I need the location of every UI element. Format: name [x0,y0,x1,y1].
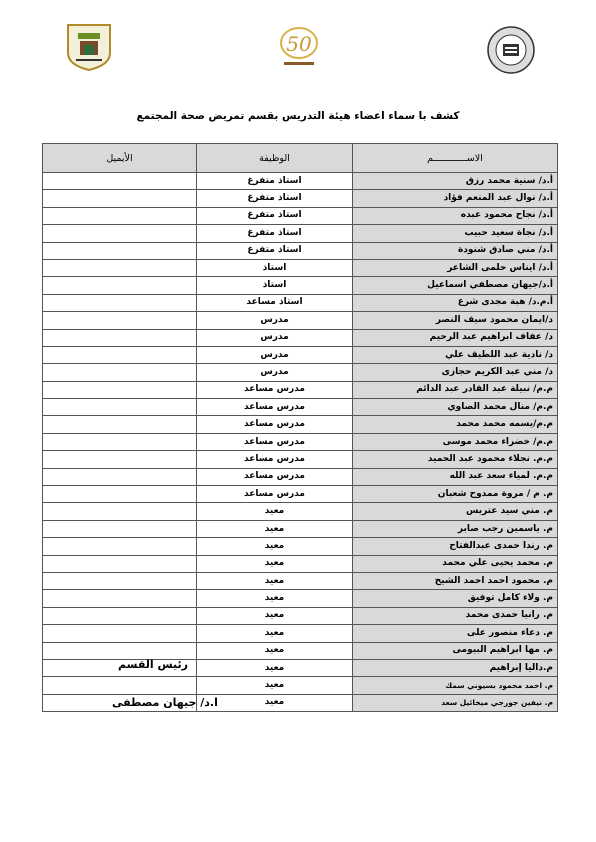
table-row: د/ مني عبد الكريم حجازىمدرس [43,364,558,381]
member-name-cell: م. ولاء كامل توفيق [353,590,558,607]
member-role-cell: مدرس [197,364,353,381]
faculty-anniversary-logo: 50 [272,25,326,71]
member-email-cell [43,433,197,450]
table-row: م. م / مروة ممدوح شعبانمدرس مساعد [43,486,558,503]
member-email-cell [43,259,197,276]
member-name-cell: م. رندا حمدى عبدالفتاح [353,538,558,555]
member-role-cell: معيد [197,694,353,711]
member-role-cell: معيد [197,520,353,537]
member-email-cell [43,329,197,346]
member-email-cell [43,225,197,242]
member-role-cell: مدرس [197,312,353,329]
member-role-cell: معيد [197,625,353,642]
member-role-cell: استاذ متفرغ [197,207,353,224]
member-role-cell: مدرس مساعد [197,486,353,503]
member-email-cell [43,572,197,589]
member-name-cell: م. ياسمين رجب صابر [353,520,558,537]
university-crest-logo [66,23,112,71]
member-name-cell: أ.د/ نجاح محمود عبده [353,207,558,224]
table-row: م.م/ نبيلة عبد القادر عبد الدائممدرس مسا… [43,381,558,398]
member-name-cell: م.م/ منال محمد الصاوي [353,399,558,416]
svg-text:50: 50 [286,32,312,56]
table-row: م. دعاء منصور علىمعيد [43,625,558,642]
member-role-cell: معيد [197,677,353,694]
member-role-cell: مدرس [197,346,353,363]
member-name-cell: م. محمد يحيى علي محمد [353,555,558,572]
member-role-cell: معيد [197,555,353,572]
member-email-cell [43,364,197,381]
table-row: أ.د/جيهان مصطفي اسماعيلاستاذ [43,277,558,294]
member-email-cell [43,451,197,468]
member-name-cell: د/ نادية عبد اللطيف علي [353,346,558,363]
member-name-cell: أ.د/ مني صادق شنودة [353,242,558,259]
member-name-cell: أ.د/ نجاة سعيد حبيب [353,225,558,242]
member-role-cell: مدرس مساعد [197,468,353,485]
member-name-cell: م. مها ابراهيم البيومى [353,642,558,659]
table-row: م. رانيا حمدى محمدمعيد [43,607,558,624]
table-row: م. مها ابراهيم البيومىمعيد [43,642,558,659]
member-role-cell: استاذ متفرغ [197,225,353,242]
member-name-cell: د/ عفاف ابراهيم عبد الرحيم [353,329,558,346]
member-role-cell: مدرس مساعد [197,451,353,468]
member-name-cell: م.م. لمياء سعد عبد الله [353,468,558,485]
member-role-cell: مدرس مساعد [197,416,353,433]
member-email-cell [43,242,197,259]
member-role-cell: مدرس [197,329,353,346]
member-email-cell [43,207,197,224]
member-role-cell: معيد [197,572,353,589]
member-email-cell [43,190,197,207]
member-email-cell [43,520,197,537]
member-name-cell: أ.د/جيهان مصطفي اسماعيل [353,277,558,294]
table-row: م. محمد يحيى علي محمدمعيد [43,555,558,572]
table-row: م. ولاء كامل توفيقمعيد [43,590,558,607]
table-row: د/ عفاف ابراهيم عبد الرحيممدرس [43,329,558,346]
member-email-cell [43,538,197,555]
column-header-role: الوظيفة [197,144,353,173]
member-name-cell: م. نيفين جورجي ميخائيل سعد [353,694,558,711]
table-row: أ.م.د/ هبة مجدى شرعاستاذ مساعد [43,294,558,311]
table-body: أ.د/ سنية محمد رزقاستاذ متفرغأ.د/ نوال ع… [43,173,558,712]
member-role-cell: استاذ متفرغ [197,190,353,207]
member-role-cell: استاذ متفرغ [197,242,353,259]
column-header-name: الاســــــــــــم [353,144,558,173]
member-name-cell: م.م/يسمه محمد محمد [353,416,558,433]
member-name-cell: م. محمود احمد احمد الشيخ [353,572,558,589]
member-name-cell: م. دعاء منصور على [353,625,558,642]
member-role-cell: معيد [197,607,353,624]
member-name-cell: م.م/ نبيلة عبد القادر عبد الدائم [353,381,558,398]
member-name-cell: م. م / مروة ممدوح شعبان [353,486,558,503]
member-name-cell: م.م/ خضراء محمد موسى [353,433,558,450]
table-row: أ.د/ مني صادق شنودةاستاذ متفرغ [43,242,558,259]
member-name-cell: د/ مني عبد الكريم حجازى [353,364,558,381]
faculty-seal-logo [486,25,536,75]
member-email-cell [43,625,197,642]
table-header-row: الاســــــــــــم الوظيفة الأيميل [43,144,558,173]
member-email-cell [43,503,197,520]
member-email-cell [43,590,197,607]
member-email-cell [43,642,197,659]
member-email-cell [43,294,197,311]
member-email-cell [43,399,197,416]
member-email-cell [43,277,197,294]
member-email-cell [43,486,197,503]
member-role-cell: مدرس مساعد [197,381,353,398]
member-name-cell: م. رانيا حمدى محمد [353,607,558,624]
member-role-cell: مدرس مساعد [197,399,353,416]
member-email-cell [43,416,197,433]
member-role-cell: معيد [197,659,353,676]
member-name-cell: م. احمد محمود بسيوني سمك [353,677,558,694]
table-row: د/ايمان محمود سيف النصرمدرس [43,312,558,329]
table-row: م.م/يسمه محمد محمدمدرس مساعد [43,416,558,433]
table-row: م.م/ منال محمد الصاويمدرس مساعد [43,399,558,416]
table-row: م. محمود احمد احمد الشيخمعيد [43,572,558,589]
table-row: أ.د/ نجاح محمود عبدهاستاذ متفرغ [43,207,558,224]
member-name-cell: أ.د/ نوال عبد المنعم فؤاد [353,190,558,207]
member-role-cell: استاذ [197,277,353,294]
member-name-cell: م.داليا إبراهيم [353,659,558,676]
member-role-cell: استاذ [197,259,353,276]
member-email-cell [43,346,197,363]
table-row: م.م. نجلاء محمود عبد الحميدمدرس مساعد [43,451,558,468]
table-row: م. مني سيد عتريسمعيد [43,503,558,520]
member-name-cell: أ.د/ ايناس حلمى الشاعر [353,259,558,276]
table-row: أ.د/ سنية محمد رزقاستاذ متفرغ [43,173,558,190]
member-email-cell [43,555,197,572]
member-name-cell: أ.د/ سنية محمد رزق [353,173,558,190]
member-email-cell [43,381,197,398]
member-email-cell [43,173,197,190]
member-email-cell [43,312,197,329]
table-row: م. ياسمين رجب صابرمعيد [43,520,558,537]
table-row: أ.د/ ايناس حلمى الشاعراستاذ [43,259,558,276]
table-row: أ.د/ نجاة سعيد حبيباستاذ متفرغ [43,225,558,242]
member-role-cell: استاذ مساعد [197,294,353,311]
faculty-roster-table: الاســــــــــــم الوظيفة الأيميل أ.د/ س… [42,143,558,712]
member-email-cell [43,677,197,694]
member-name-cell: أ.م.د/ هبة مجدى شرع [353,294,558,311]
table-row: م. رندا حمدى عبدالفتاحمعيد [43,538,558,555]
member-role-cell: معيد [197,590,353,607]
column-header-email: الأيميل [43,144,197,173]
member-name-cell: د/ايمان محمود سيف النصر [353,312,558,329]
member-name-cell: م.م. نجلاء محمود عبد الحميد [353,451,558,468]
table-row: د/ نادية عبد اللطيف عليمدرس [43,346,558,363]
signature-title: رئيس القسم [118,658,188,671]
table-row: م. احمد محمود بسيوني سمكمعيد [43,677,558,694]
signature-name: ا.د/ جيهان مصطفى [112,696,218,709]
member-role-cell: معيد [197,503,353,520]
member-role-cell: استاذ متفرغ [197,173,353,190]
member-role-cell: معيد [197,538,353,555]
member-role-cell: معيد [197,642,353,659]
table-row: م.م. لمياء سعد عبد اللهمدرس مساعد [43,468,558,485]
member-email-cell [43,468,197,485]
member-email-cell [43,607,197,624]
member-role-cell: مدرس مساعد [197,433,353,450]
member-name-cell: م. مني سيد عتريس [353,503,558,520]
page-title: كشف با سماء اعضاء هيئة التدريس بقسم تمري… [0,110,596,122]
table-row: أ.د/ نوال عبد المنعم فؤاداستاذ متفرغ [43,190,558,207]
table-row: م.م/ خضراء محمد موسىمدرس مساعد [43,433,558,450]
